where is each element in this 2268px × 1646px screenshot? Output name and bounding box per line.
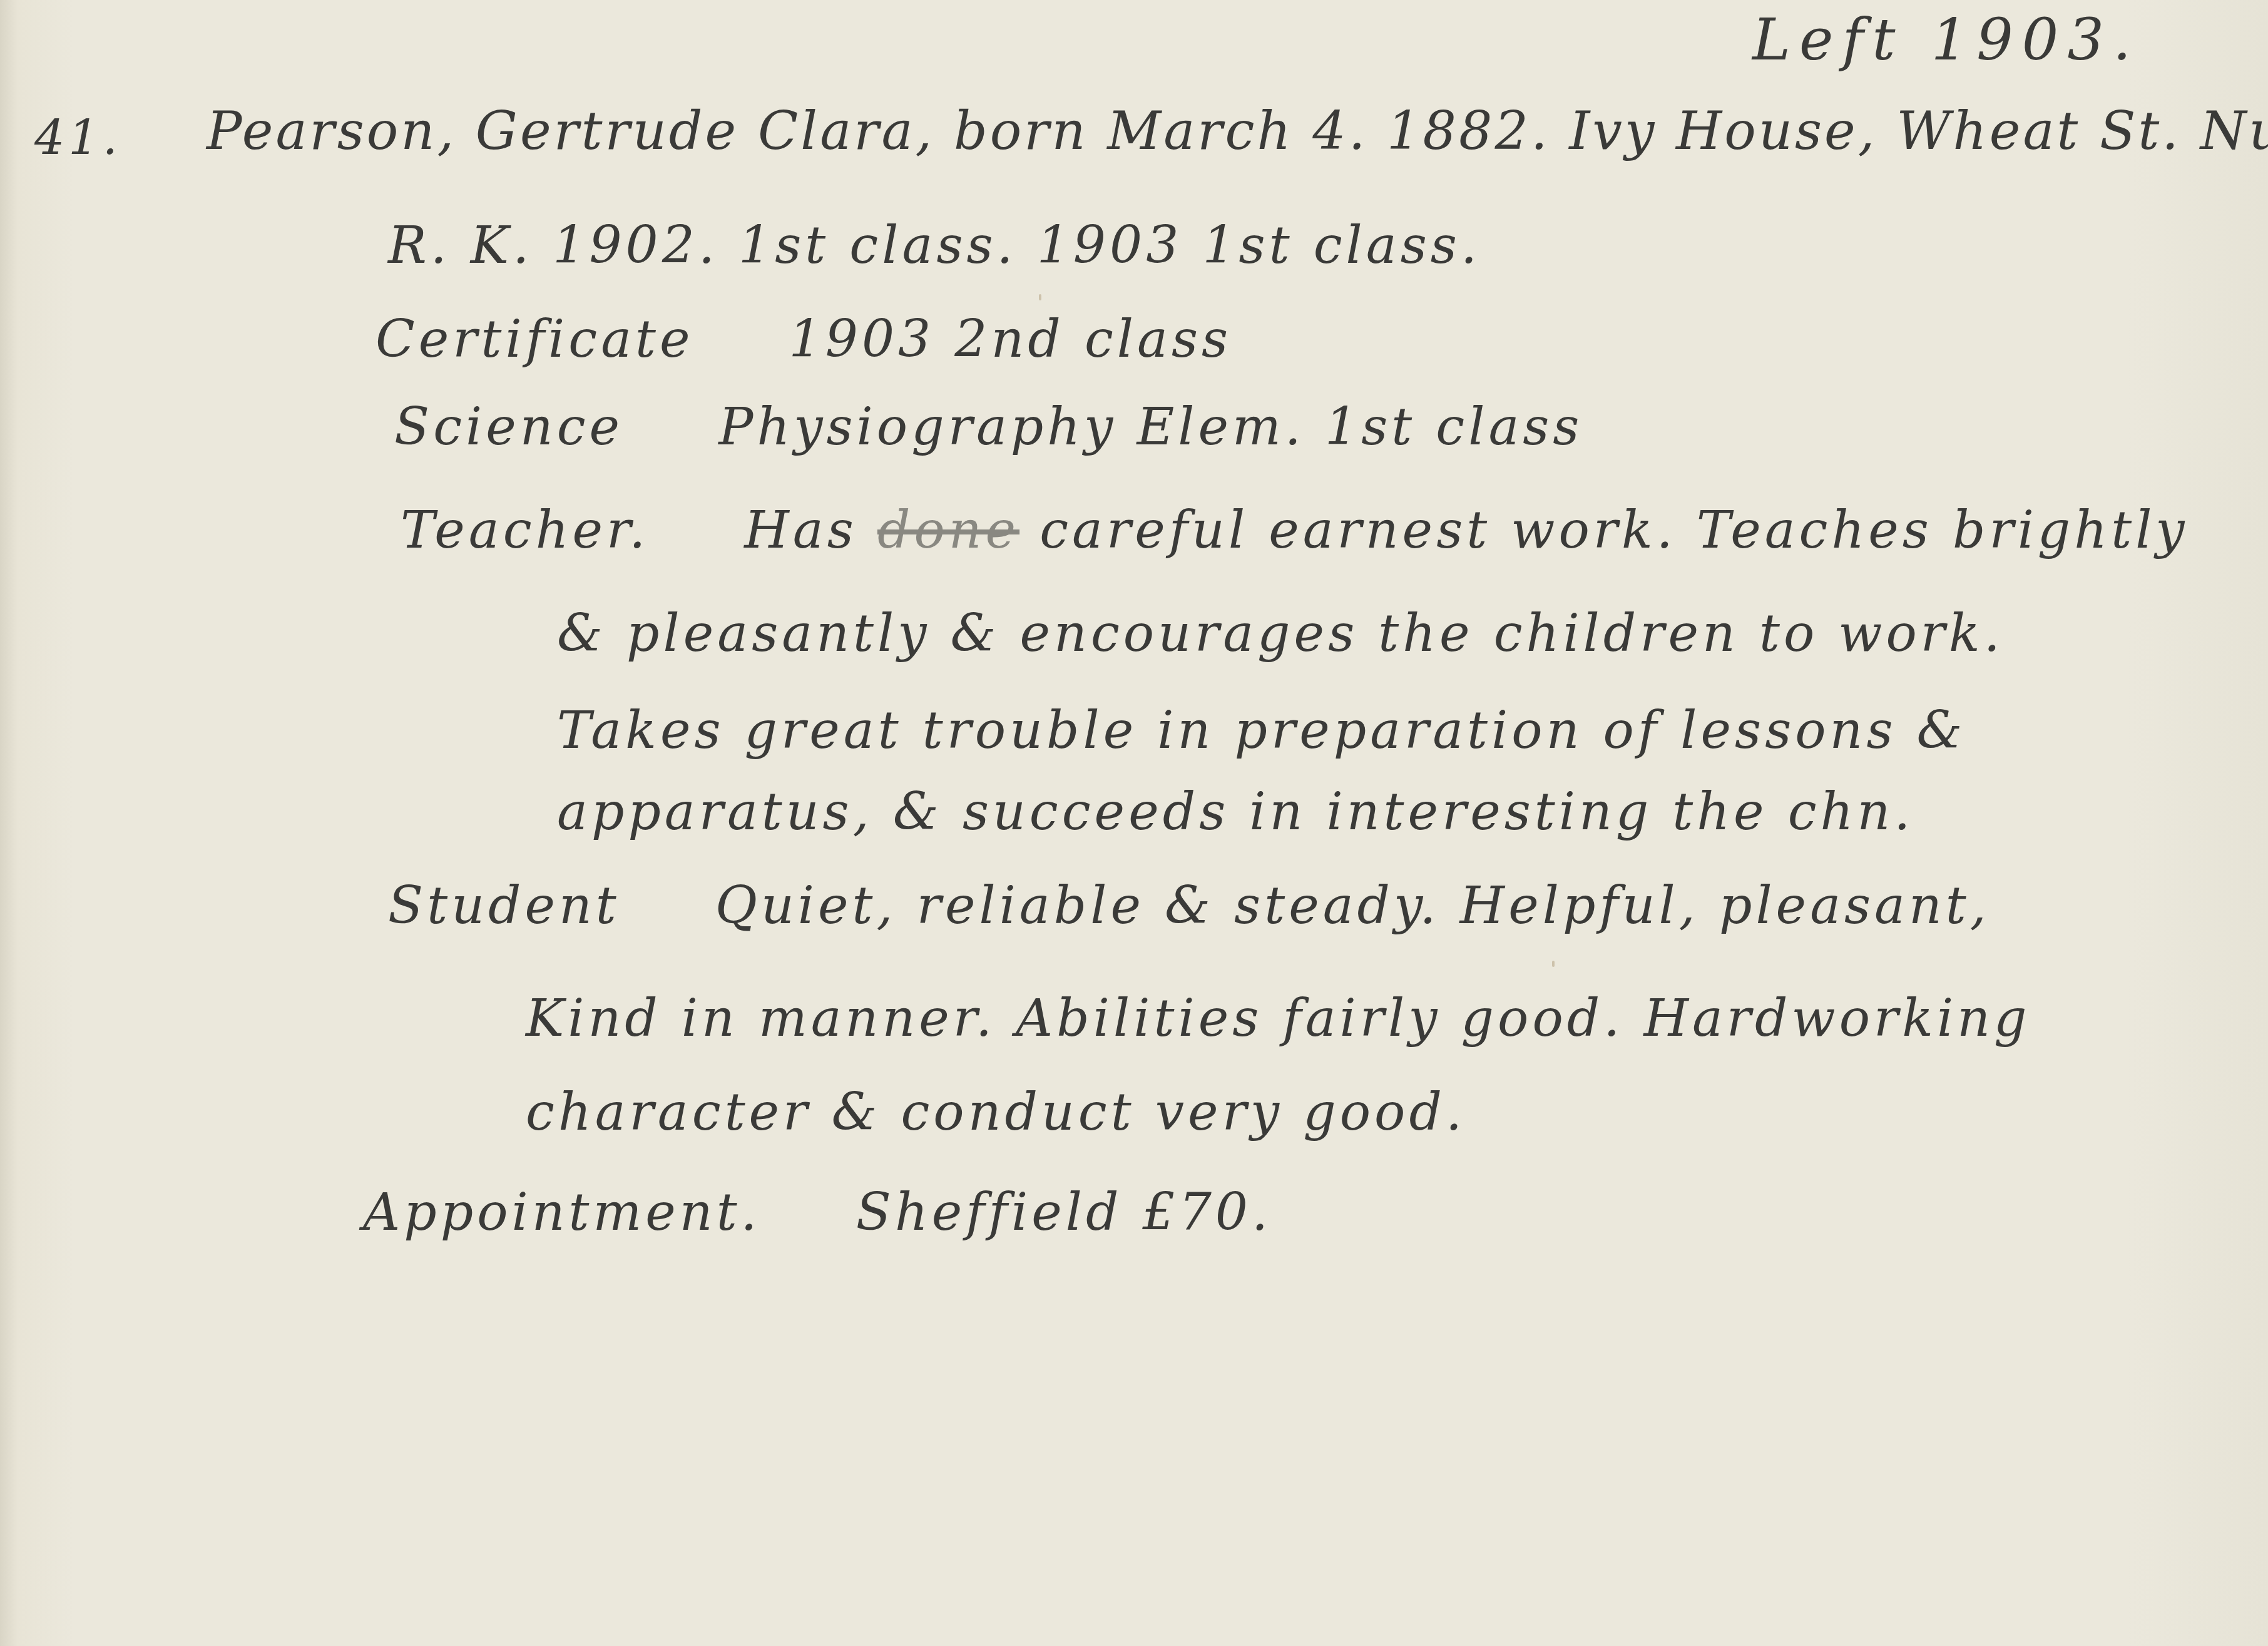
teacher-continuation-3: apparatus, & succeeds in interesting the…: [557, 782, 1914, 842]
struck-word: done: [877, 501, 1019, 560]
appointment-label: Appointment.: [363, 1183, 761, 1242]
pupil-teacher-exam-line: R. K. 1902. 1st class. 1903 1st class.: [388, 216, 1481, 275]
line-text: Takes great trouble in preparation of le…: [557, 701, 1966, 760]
teacher-continuation-1: & pleasantly & encourages the children t…: [557, 604, 2004, 663]
appointment-line: Appointment. Sheffield £70.: [363, 1183, 1272, 1242]
left-date-note: Left 1903.: [1752, 6, 2140, 73]
entry-number: 41.: [34, 110, 121, 165]
science-value: Physiography Elem. 1st class: [718, 397, 1583, 457]
student-text: Quiet, reliable & steady. Helpful, pleas…: [715, 876, 1990, 936]
certificate-line: Certificate 1903 2nd class: [375, 310, 1232, 369]
line-text: & pleasantly & encourages the children t…: [557, 604, 2004, 663]
student-continuation-1: Kind in manner. Abilities fairly good. H…: [526, 989, 2031, 1048]
teacher-text-end: careful earnest work. Teaches brightly: [1039, 501, 2189, 560]
handwritten-register-page: Left 1903. 41. Pearson, Gertrude Clara, …: [0, 0, 2268, 1646]
student-label: Student: [388, 876, 620, 936]
student-continuation-2: character & conduct very good.: [526, 1083, 1466, 1142]
teacher-continuation-2: Takes great trouble in preparation of le…: [557, 701, 1966, 760]
line-text: apparatus, & succeeds in interesting the…: [557, 782, 1914, 842]
teacher-label: Teacher.: [401, 501, 649, 560]
paper-fleck: [1552, 961, 1555, 967]
science-line: Science Physiography Elem. 1st class: [394, 397, 1583, 457]
appointment-value: Sheffield £70.: [856, 1183, 1272, 1242]
line-text: Kind in manner. Abilities fairly good. H…: [526, 989, 2031, 1048]
teacher-text-start: Has: [744, 501, 857, 560]
science-label: Science: [394, 397, 623, 457]
line-text: character & conduct very good.: [526, 1083, 1466, 1142]
student-line: Student Quiet, reliable & steady. Helpfu…: [388, 876, 1990, 936]
line-text: R. K. 1902. 1st class. 1903 1st class.: [388, 216, 1481, 275]
paper-fleck: [1039, 294, 1041, 300]
teacher-line: Teacher. Has done careful earnest work. …: [401, 501, 2189, 560]
certificate-value: 1903 2nd class: [789, 310, 1232, 369]
entry-name-line: Pearson, Gertrude Clara, born March 4. 1…: [207, 100, 2268, 161]
certificate-label: Certificate: [375, 310, 694, 369]
